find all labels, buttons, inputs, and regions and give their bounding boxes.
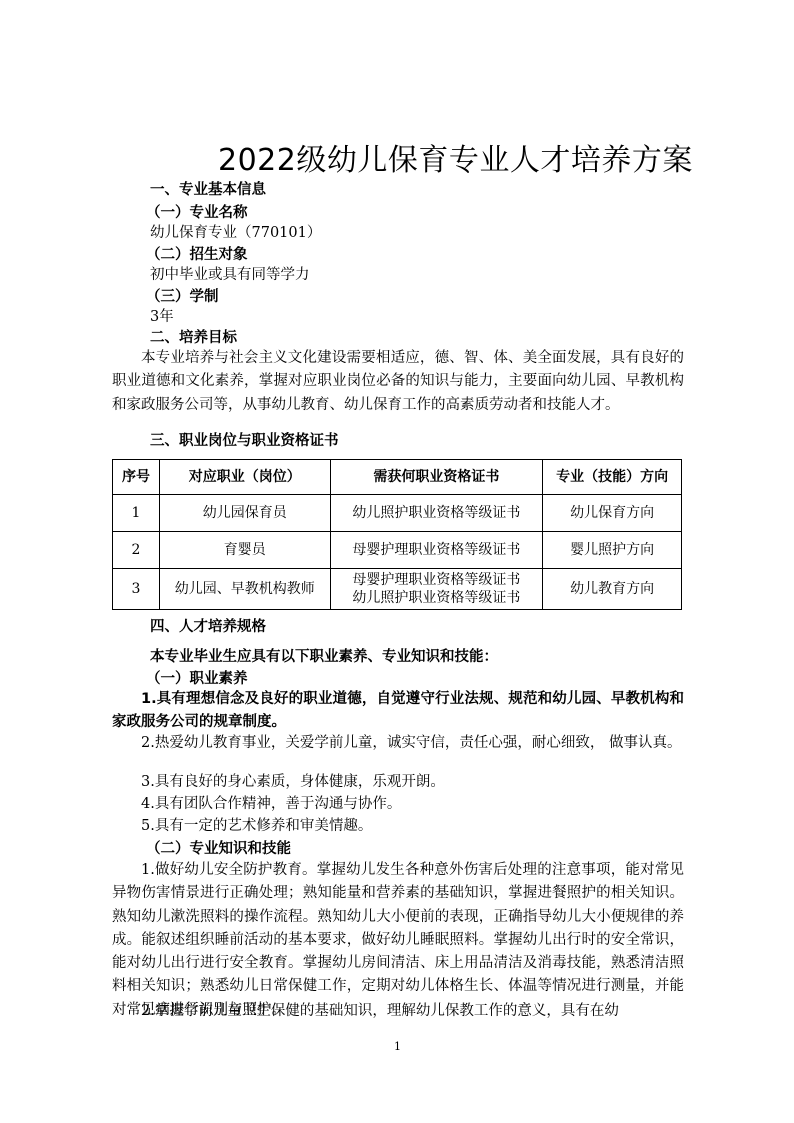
- major-name-text: 幼儿保育专业（770101）: [150, 223, 321, 243]
- section-4-2-heading: （二）专业知识和技能: [146, 839, 291, 859]
- section-1-1-heading: （一）专业名称: [146, 203, 248, 223]
- cell-job: 幼儿园保育员: [159, 495, 330, 532]
- cell-job: 幼儿园、早教机构教师: [159, 569, 330, 610]
- quality-item-4: 4.具有团队合作精神，善于沟通与协作。: [112, 793, 684, 816]
- cell-cert: 母婴护理职业资格等级证书: [330, 532, 543, 569]
- table-header-row: 序号 对应职业（岗位） 需获何职业资格证书 专业（技能）方向: [113, 460, 682, 495]
- quality-item-3: 3.具有良好的身心素质，身体健康，乐观开朗。: [112, 771, 684, 794]
- cell-direction: 婴儿照护方向: [543, 532, 682, 569]
- header-job: 对应职业（岗位）: [159, 460, 330, 495]
- header-direction: 专业（技能）方向: [543, 460, 682, 495]
- cell-no: 3: [113, 569, 160, 610]
- skill-item-1: 1.做好幼儿安全防护教育。掌握幼儿发生各种意外伤害后处理的注意事项，能对常见异物…: [112, 859, 684, 1022]
- quality-item-2: 2.热爱幼儿教育事业，关爱学前儿童，诚实守信，责任心强，耐心细致， 做事认真。: [112, 732, 684, 755]
- cell-no: 1: [113, 495, 160, 532]
- section-1-2-heading: （二）招生对象: [146, 245, 248, 265]
- document-title: 2022级幼儿保育专业人才培养方案: [218, 141, 693, 181]
- training-goal-paragraph: 本专业培养与社会主义文化建设需要相适应，德、智、体、美全面发展，具有良好的职业道…: [112, 347, 684, 417]
- header-no: 序号: [113, 460, 160, 495]
- cell-direction: 幼儿教育方向: [543, 569, 682, 610]
- section-4-heading: 四、人才培养规格: [150, 617, 266, 637]
- cert-line-2: 幼儿照护职业资格等级证书: [333, 589, 541, 607]
- section-1-3-heading: （三）学制: [146, 287, 219, 307]
- table-row: 3 幼儿园、早教机构教师 母婴护理职业资格等级证书 幼儿照护职业资格等级证书 幼…: [113, 569, 682, 610]
- enrollment-target-text: 初中毕业或具有同等学力: [150, 265, 310, 285]
- quality-item-5: 5.具有一定的艺术修养和审美情趣。: [112, 815, 684, 838]
- cell-direction: 幼儿保育方向: [543, 495, 682, 532]
- section-1-heading: 一、专业基本信息: [150, 180, 266, 200]
- header-cert: 需获何职业资格证书: [330, 460, 543, 495]
- skill-item-2: 2.掌握学前儿童卫生保健的基础知识，理解幼儿保教工作的意义，具有在幼: [112, 1000, 684, 1023]
- cell-no: 2: [113, 532, 160, 569]
- cell-cert: 幼儿照护职业资格等级证书: [330, 495, 543, 532]
- section-4-1-heading: （一）职业素养: [146, 669, 248, 689]
- certificate-table: 序号 对应职业（岗位） 需获何职业资格证书 专业（技能）方向 1 幼儿园保育员 …: [112, 459, 682, 610]
- section-4-intro: 本专业毕业生应具有以下职业素养、专业知识和技能：: [150, 647, 498, 667]
- quality-item-1: 1.具有理想信念及良好的职业道德，自觉遵守行业法规、规范和幼儿园、早教机构和家政…: [112, 688, 684, 735]
- page-number: 1: [394, 1040, 401, 1053]
- cell-cert: 母婴护理职业资格等级证书 幼儿照护职业资格等级证书: [330, 569, 543, 610]
- cert-line-1: 母婴护理职业资格等级证书: [333, 571, 541, 589]
- duration-text: 3年: [150, 307, 174, 327]
- cell-job: 育婴员: [159, 532, 330, 569]
- section-2-heading: 二、培养目标: [150, 328, 237, 348]
- document-page: 2022级幼儿保育专业人才培养方案 一、专业基本信息 （一）专业名称 幼儿保育专…: [0, 0, 794, 1123]
- section-3-heading: 三、职业岗位与职业资格证书: [150, 431, 339, 451]
- table-row: 1 幼儿园保育员 幼儿照护职业资格等级证书 幼儿保育方向: [113, 495, 682, 532]
- table-row: 2 育婴员 母婴护理职业资格等级证书 婴儿照护方向: [113, 532, 682, 569]
